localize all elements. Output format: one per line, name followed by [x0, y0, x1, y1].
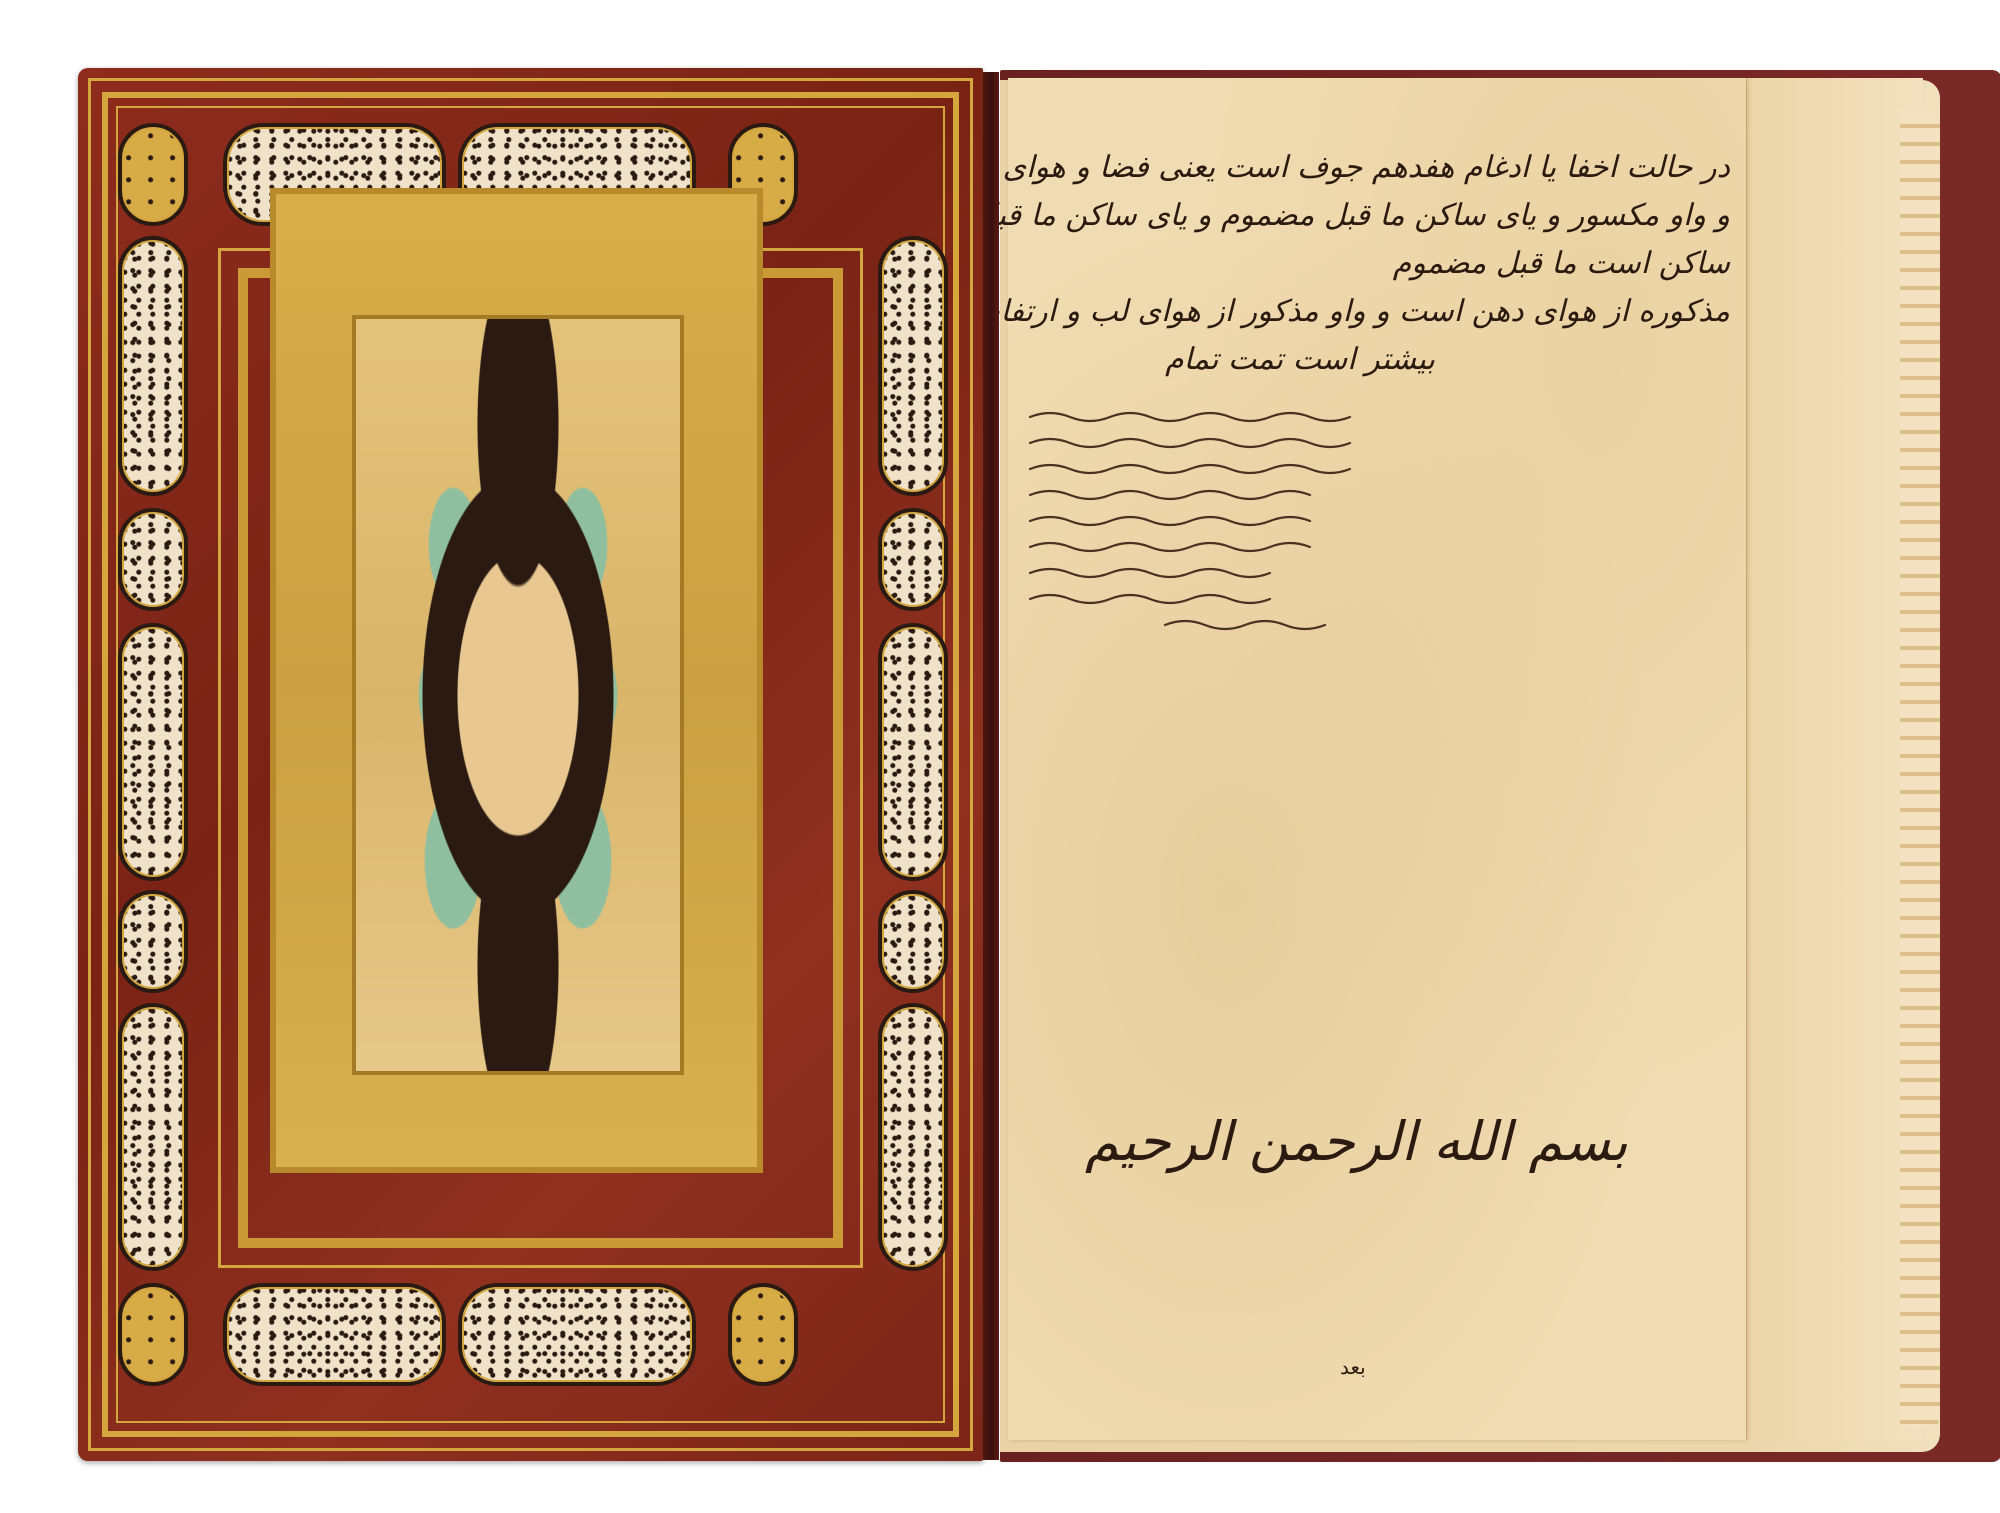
heading-line: بیشتر است تمت تمام	[1100, 342, 1500, 377]
border-cartouche	[118, 623, 188, 881]
spine	[983, 72, 999, 1460]
manuscript-page	[1008, 78, 1746, 1440]
heading-line: در حالت اخفا یا ادغام هفدهم جوف است یعنی…	[1030, 150, 1730, 185]
ragged-page-edges	[1900, 110, 1940, 1430]
manuscript-photo: در حالت اخفا یا ادغام هفدهم جوف است یعنی…	[0, 0, 2000, 1513]
border-cartouche	[118, 1003, 188, 1271]
corner-cartouche	[118, 1283, 188, 1386]
border-cartouche	[878, 508, 948, 611]
border-cartouche	[223, 1283, 446, 1386]
basmala: بسم الله الرحمن الرحیم	[1085, 1110, 1628, 1173]
catchword: بعد	[1340, 1355, 1366, 1379]
corner-cartouche	[118, 123, 188, 226]
medallion-panel	[352, 315, 684, 1075]
border-cartouche	[878, 890, 948, 993]
heading-line: مذکوره از هوای دهن است و واو مذکور از هو…	[1030, 294, 1730, 329]
border-cartouche	[118, 236, 188, 496]
heading-line: و واو مکسور و یای ساکن ما قبل مضموم و یا…	[1030, 198, 1730, 233]
page-fore-edge	[1746, 78, 1923, 1440]
corner-cartouche	[728, 1283, 798, 1386]
border-cartouche	[878, 623, 948, 881]
notes-scribble-block	[1025, 405, 1395, 645]
border-cartouche	[878, 1003, 948, 1271]
border-cartouche	[878, 236, 948, 496]
border-cartouche	[118, 508, 188, 611]
border-cartouche	[118, 890, 188, 993]
heading-line: ساکن است ما قبل مضموم	[1030, 246, 1730, 281]
border-cartouche	[458, 1283, 696, 1386]
